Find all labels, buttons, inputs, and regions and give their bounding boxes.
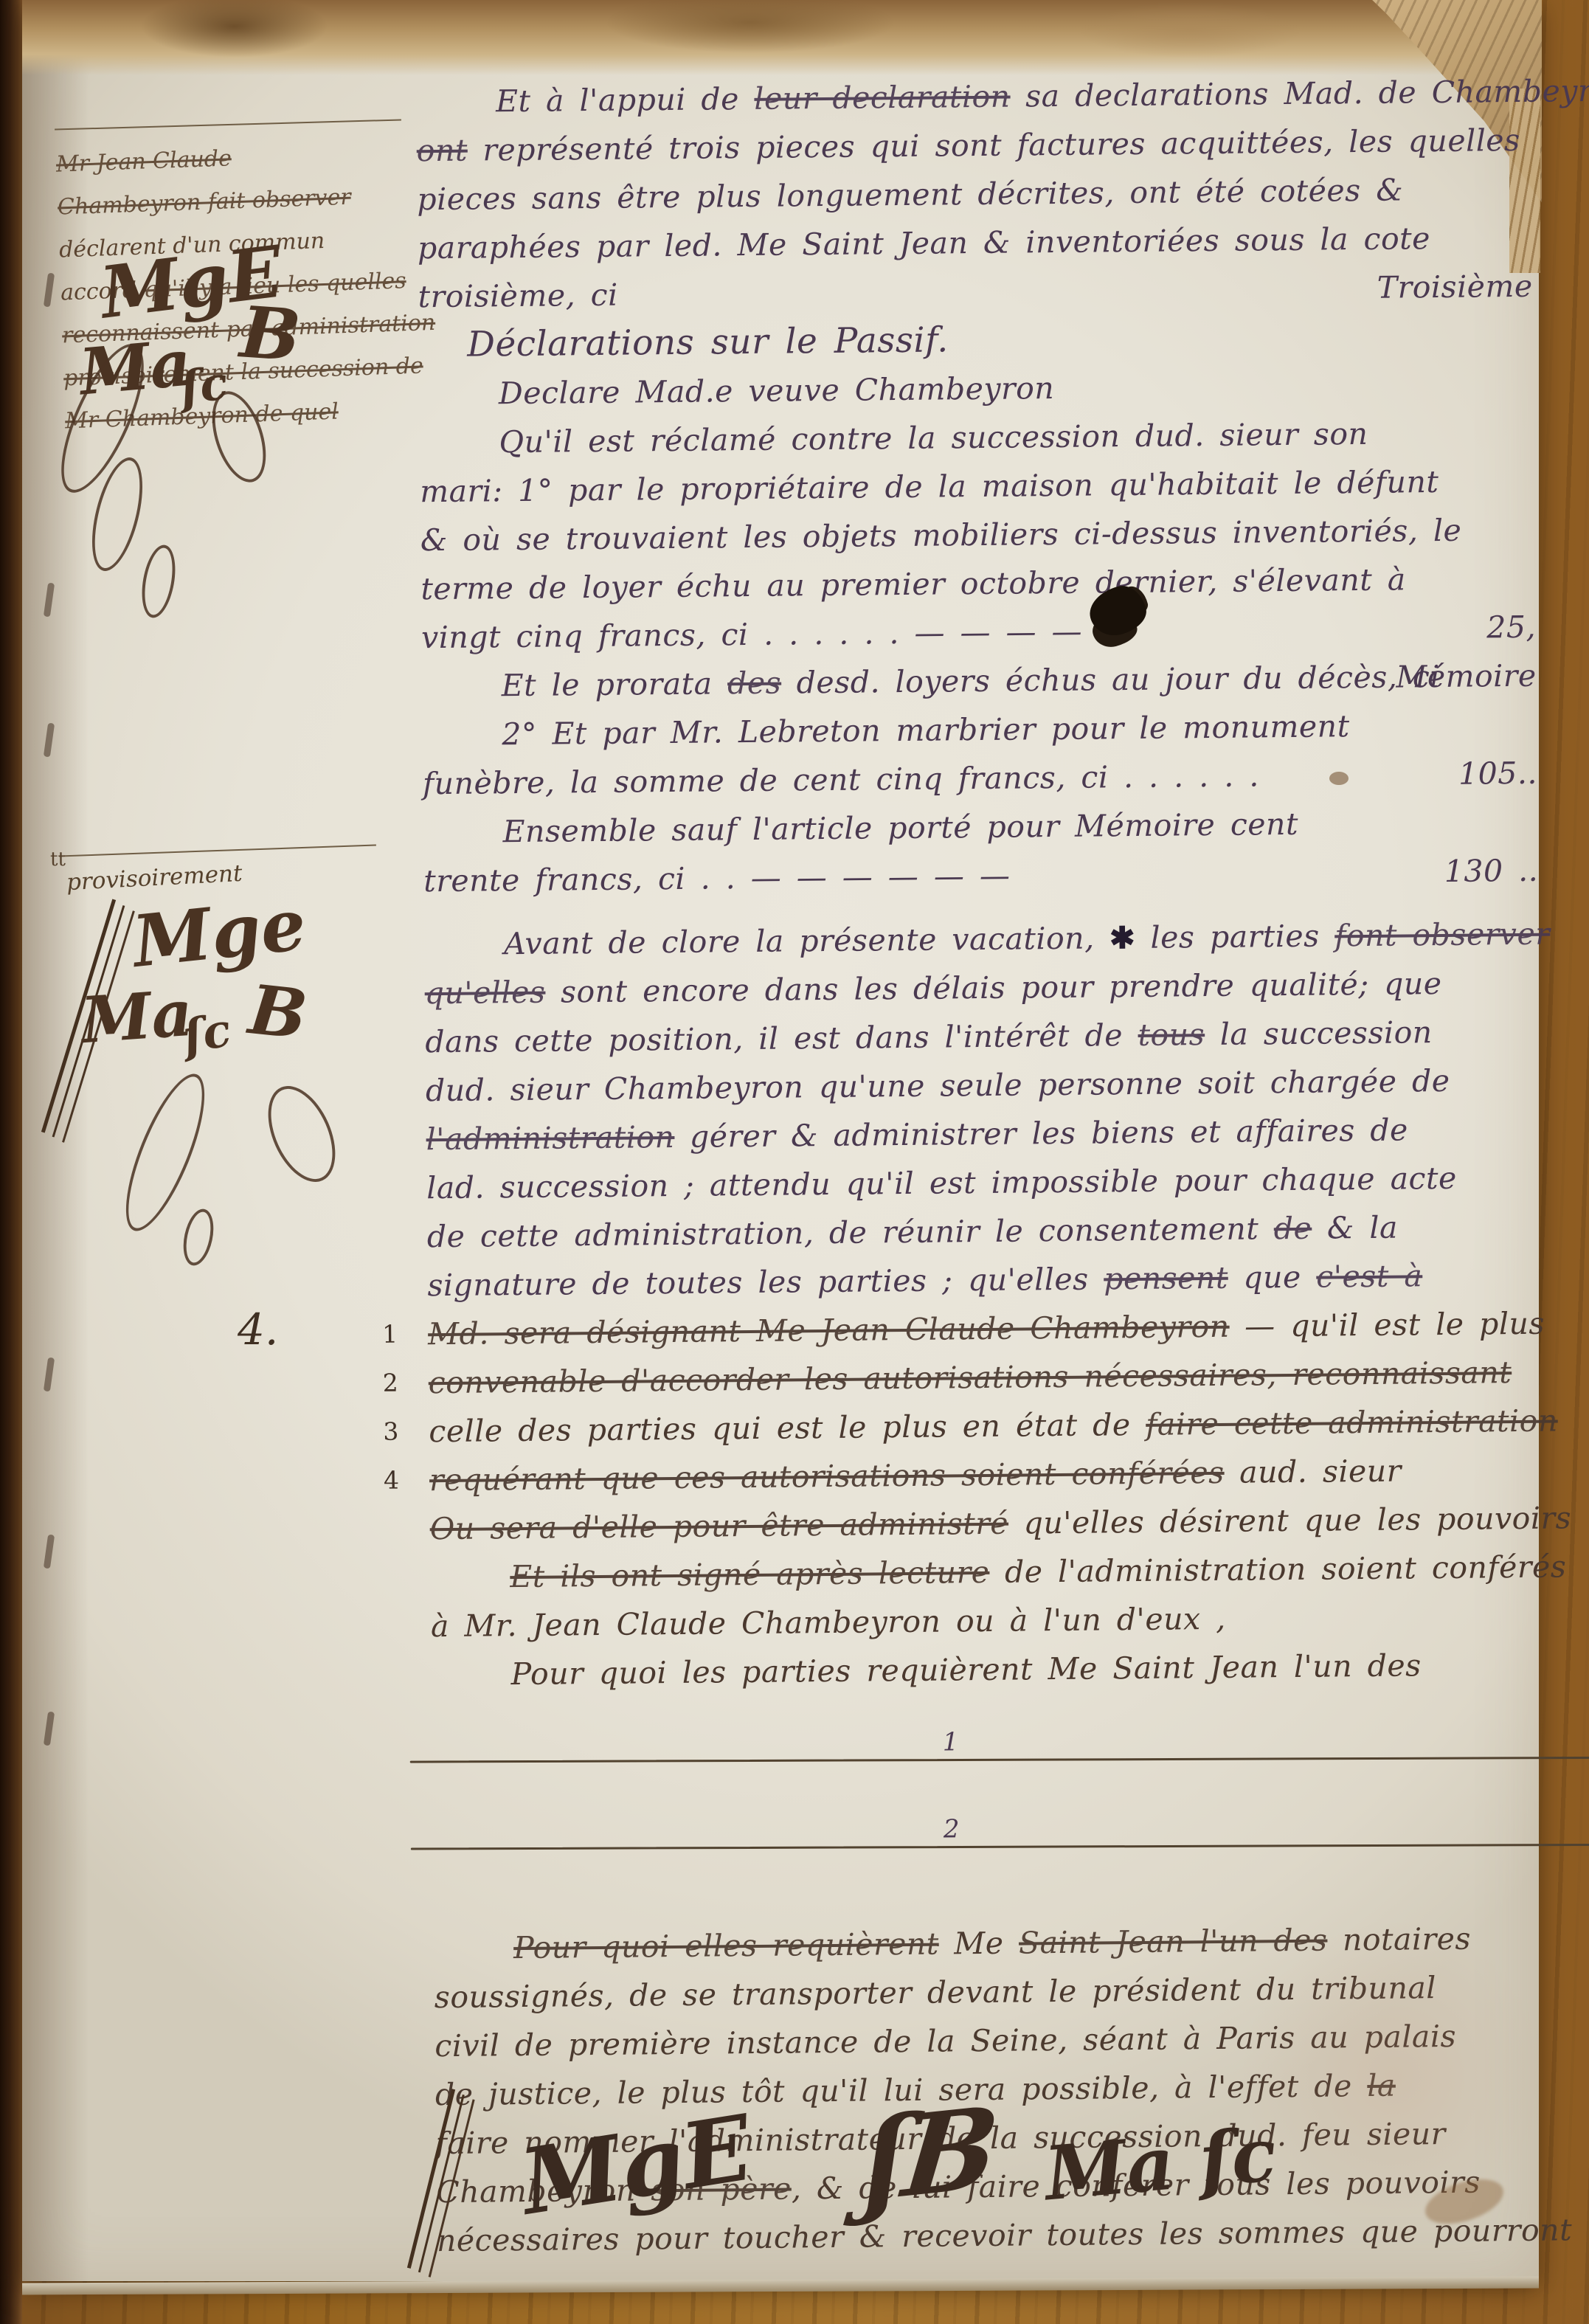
margin-paraph-cluster-top: MgE Ma ſc B: [55, 235, 401, 663]
signature-paraph: ʃB: [861, 2081, 1004, 2227]
struck-text: pensent: [1104, 1260, 1228, 1297]
handwritten-text: Et le prorata: [501, 665, 727, 703]
section-numbered: 1Md. sera désignant Me Jean Claude Chamb…: [428, 1299, 1540, 1504]
handwritten-text: Ensemble sauf l'article porté pour Mémoi…: [502, 806, 1298, 849]
handwritten-text: de l'administration soient conférés: [989, 1549, 1566, 1590]
handwritten-text: mari: 1° par le propriétaire de la maiso…: [420, 464, 1439, 509]
margin-strike-rule: [55, 119, 401, 130]
margin-rule: [59, 844, 376, 857]
handwritten-text: trente francs, ci: [423, 861, 685, 899]
handwritten-text: Avant de clore la présente vacation,: [504, 920, 1110, 961]
binding-tape-top: [22, 0, 1539, 75]
ruled-line: 1: [432, 1708, 1543, 1805]
paraph-monogram: ſc: [179, 1003, 235, 1064]
pen-flourish: [255, 1076, 348, 1192]
struck-text: faire cette administration: [1146, 1403, 1558, 1442]
handwritten-text: aud. sieur: [1224, 1453, 1402, 1490]
amount-value: 105..: [1458, 749, 1537, 798]
handwritten-text: qu'elles désirent que les pouvoirs: [1008, 1500, 1571, 1540]
handwritten-text: de cette administration, de réunir le co…: [427, 1211, 1274, 1254]
handwritten-text: signature de toutes les parties ; qu'ell…: [427, 1261, 1104, 1303]
struck-text: Et ils ont signé après lecture: [510, 1554, 990, 1594]
struck-text: convenable d'accorder les autorisations …: [429, 1355, 1512, 1400]
ink-smudge: [1329, 772, 1349, 785]
handwritten-text: pieces sans être plus longuement décrite…: [417, 172, 1403, 217]
struck-text: Ou sera d'elle pour être administré: [429, 1506, 1008, 1547]
handwritten-text: funèbre, la somme de cent cinq francs, c…: [423, 759, 1109, 801]
struck-text: requérant que ces autorisations soient c…: [429, 1455, 1225, 1498]
handwritten-text: Declare Mad.e veuve Chambeyron: [499, 370, 1055, 411]
pen-flourish: [179, 1206, 218, 1268]
line-number: 1: [382, 1310, 398, 1359]
pen-flourish: [407, 2089, 455, 2269]
struck-text: Md. sera désignant Me Jean Claude Chambe…: [428, 1309, 1230, 1352]
handwritten-text: représenté trois pieces qui sont facture…: [468, 122, 1520, 168]
horizontal-rule: [410, 1757, 1589, 1763]
handwritten-text: & où se trouvaient les objets mobiliers …: [420, 513, 1462, 558]
line-number: 3: [383, 1408, 399, 1456]
handwritten-text: 2° Et par Mr. Lebreton marbrier pour le …: [502, 708, 1350, 752]
section-passif-items: Qu'il est réclamé contre la succession d…: [419, 408, 1534, 905]
margin-item-number: 4.: [238, 1304, 278, 1355]
handwritten-text: troisième, ci: [418, 277, 618, 315]
handwritten-text: — qu'il est le plus: [1229, 1306, 1545, 1344]
amount-value: 130 ..: [1444, 846, 1539, 896]
signature-paraph: MgE: [514, 2094, 759, 2235]
struck-text: Mr Jean Claude: [55, 145, 232, 177]
struck-text: c'est à: [1316, 1258, 1422, 1294]
handwritten-text: dans cette position, il est dans l'intér…: [425, 1017, 1138, 1059]
section-pouvoirs: Ou sera d'elle pour être administré qu'e…: [429, 1494, 1541, 1699]
handwritten-text: Me: [938, 1926, 1019, 1962]
handwritten-text: à Mr. Jean Claude Chambeyron ou à l'un d…: [431, 1601, 1226, 1644]
handwritten-text: celle des parties qui est le plus en éta…: [429, 1407, 1146, 1449]
handwritten-text: . . — — — — — —: [685, 858, 1011, 896]
amount-value: Mémoire: [1396, 651, 1537, 702]
struck-text: font observer: [1334, 916, 1551, 954]
text-line: Pour quoi les parties requièrent Me Sain…: [431, 1640, 1542, 1699]
section-rules: 12: [432, 1708, 1543, 1892]
handwritten-text: les parties: [1135, 918, 1335, 955]
handwritten-text: lad. succession ; attendu qu'il est impo…: [426, 1161, 1457, 1206]
text-line: trente francs, ci . . — — — — — —130 ..: [423, 846, 1534, 905]
handwritten-text: paraphées par led. Me Saint Jean & inven…: [418, 221, 1430, 266]
handwritten-text: . . . . . .: [1108, 758, 1259, 795]
handwritten-text: la succession: [1205, 1014, 1433, 1052]
struck-text: tous: [1138, 1017, 1205, 1053]
handwritten-text: Déclarations sur le Passif.: [467, 319, 949, 364]
paraph-monogram: B: [238, 290, 303, 377]
struck-text: Pour quoi elles requièrent: [513, 1926, 939, 1966]
pen-flourish: [137, 542, 181, 620]
handwritten-text: Pour quoi les parties requièrent Me Sain…: [510, 1647, 1422, 1692]
struck-text: Chambeyron fait observer: [57, 184, 351, 221]
handwritten-text: gérer & administrer les biens et affaire…: [674, 1112, 1408, 1155]
amount-value: 25,: [1486, 603, 1536, 652]
ruled-line: 2: [432, 1795, 1543, 1892]
handwritten-text: & la: [1312, 1210, 1398, 1246]
paraph-monogram: B: [246, 969, 311, 1055]
paraph-monogram: Mge: [129, 882, 310, 983]
struck-text: qu'elles: [424, 975, 545, 1011]
insertion-mark: ✱: [1109, 920, 1135, 955]
section-passif-heading: Déclarations sur le Passif.Declare Mad.e…: [418, 311, 1529, 418]
margin-paraph-cluster-mid: Mge Ma ſc B: [52, 862, 406, 1319]
struck-text: l'administration: [426, 1119, 674, 1157]
manuscript-page: Mr Jean ClaudeChambeyron fait observerdé…: [22, 0, 1539, 2281]
handwritten-text: que: [1228, 1259, 1317, 1296]
struck-text: leur declaration: [754, 79, 1011, 117]
handwritten-text: sa declarations Mad. de Chambeyron: [1010, 72, 1589, 114]
handwritten-text: desd. loyers échus au jour du décès, ci: [781, 659, 1440, 701]
handwritten-text: Et à l'appui de: [496, 81, 755, 119]
section-appui: Et à l'appui de leur declaration sa decl…: [416, 67, 1529, 321]
paper-stain: [1239, 1918, 1549, 2235]
section-avant: Avant de clore la présente vacation, ✱ l…: [424, 910, 1538, 1310]
line-number: 2: [382, 1359, 398, 1408]
handwritten-text: terme de loyer échu au premier octobre d…: [420, 561, 1406, 606]
paraph-monogram: Ma: [79, 976, 195, 1058]
handwritten-text: vingt cinq francs, ci: [421, 617, 749, 655]
amount-value: Troisième: [1377, 262, 1532, 312]
struck-text: des: [727, 665, 782, 702]
handwritten-text: sont encore dans les délais pour prendre…: [545, 966, 1442, 1010]
handwritten-text: dud. sieur Chambeyron qu'une seule perso…: [426, 1063, 1450, 1108]
line-number: 4: [384, 1456, 400, 1505]
struck-text: ont: [417, 133, 468, 169]
struck-text: de: [1274, 1211, 1312, 1246]
handwritten-text: . . . . . . — — — —: [748, 614, 1082, 652]
photograph-of-manuscript: { "document": { "description": "Page man…: [0, 0, 1589, 2324]
book-spine: [0, 0, 22, 2324]
handwritten-text: Qu'il est réclamé contre la succession d…: [499, 416, 1368, 460]
horizontal-rule: [411, 1844, 1589, 1850]
